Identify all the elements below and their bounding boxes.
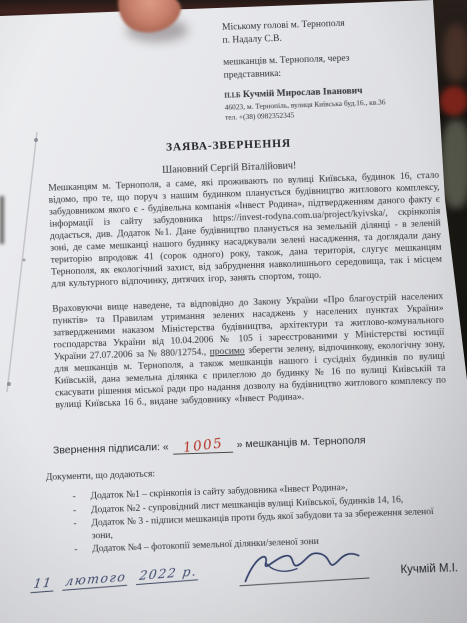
signature xyxy=(230,543,376,594)
underlined-word: просимо xyxy=(210,346,245,357)
attachments-list: Додаток №1 – скрінкопія із сайту забудов… xyxy=(72,479,451,557)
photo-scene: Міському голові м. Тернополя п. Надалу С… xyxy=(0,0,467,623)
background-red-object xyxy=(440,86,467,116)
signature-block: 11 лютого 2022 р. Кучмій М.І. xyxy=(9,549,467,610)
background-blob xyxy=(443,24,467,82)
signer-name: Кучмій М.І. xyxy=(400,562,458,576)
representative-name-label: п.і.б xyxy=(224,91,241,100)
letter-header: Міському голові м. Тернополя п. Надалу С… xyxy=(222,15,437,122)
paper-edge-mark xyxy=(0,196,4,244)
paper-sheet: Міському голові м. Тернополя п. Надалу С… xyxy=(0,0,467,623)
paragraph-1: Мешканцям м. Тернополя, а саме, які прож… xyxy=(48,170,442,291)
count-blank-field: 1005 xyxy=(172,436,233,455)
background-olive-object xyxy=(441,120,467,208)
signatures-count-line: Звернення підписали: « 1005 » мешканців … xyxy=(53,429,448,459)
document-content: Міському голові м. Тернополя п. Надалу С… xyxy=(0,0,467,611)
paragraph-2: Враховуючи вище наведене, та відповідно … xyxy=(52,291,446,412)
document-title: ЗАЯВА-ЗВЕРНЕННЯ xyxy=(0,132,462,159)
handwritten-date: 11 лютого 2022 р. xyxy=(30,563,200,593)
handwritten-count: 1005 xyxy=(182,435,224,456)
signature-scribble xyxy=(230,543,376,594)
attachments-heading: Документи, що додаються: xyxy=(46,460,449,483)
